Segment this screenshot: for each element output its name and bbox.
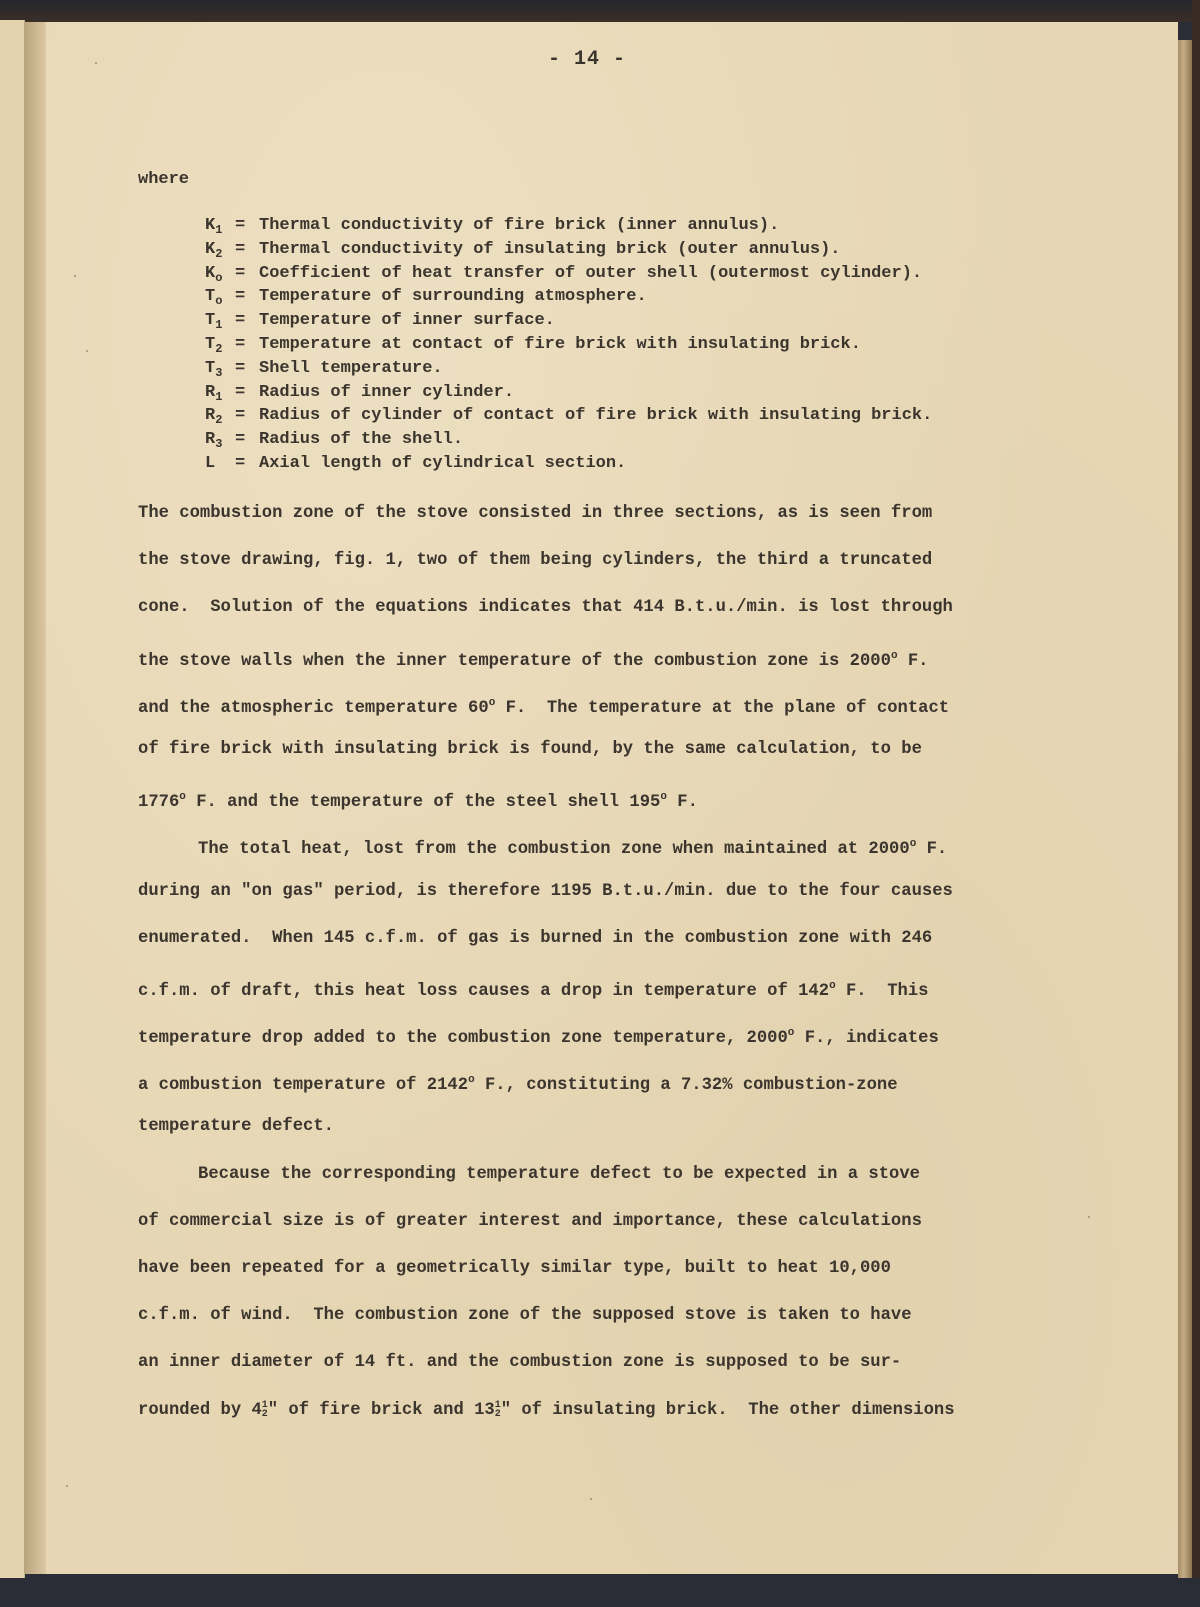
definition-row: L = Axial length of cylindrical section. [205, 452, 932, 476]
paper-speck [590, 1498, 592, 1500]
definition-row: K1 = Thermal conductivity of fire brick … [205, 214, 932, 238]
paper-speck [66, 1485, 68, 1487]
definition-row: R3 = Radius of the shell. [205, 428, 932, 452]
text-line: The total heat, lost from the combustion… [138, 828, 1098, 875]
text-line: a combustion temperature of 2142o F., co… [138, 1064, 1098, 1111]
text-line: Because the corresponding temperature de… [138, 1159, 1098, 1206]
paper-speck [1088, 1216, 1090, 1218]
definition-symbol: T3 [205, 357, 235, 381]
degree-superscript: o [910, 838, 917, 850]
text-line: of commercial size is of greater interes… [138, 1206, 1098, 1253]
definition-text: Radius of cylinder of contact of fire br… [259, 404, 932, 428]
paragraph: Because the corresponding temperature de… [138, 1159, 1098, 1442]
definition-symbol: R3 [205, 428, 235, 452]
equals-sign: = [235, 381, 259, 405]
text-line: temperature drop added to the combustion… [138, 1017, 1098, 1064]
page-stack-edge [1178, 40, 1192, 1590]
page-number: - 14 - [548, 48, 626, 71]
equals-sign: = [235, 404, 259, 428]
paper-speck [74, 275, 76, 277]
text-line: rounded by 412" of fire brick and 1312" … [138, 1395, 1098, 1442]
degree-superscript: o [788, 1027, 795, 1039]
definition-symbol: T2 [205, 333, 235, 357]
fraction: 12 [262, 1401, 268, 1419]
text-line: c.f.m. of draft, this heat loss causes a… [138, 970, 1098, 1017]
definition-text: Radius of inner cylinder. [259, 381, 514, 405]
text-line: during an "on gas" period, is therefore … [138, 876, 1098, 923]
definition-text: Temperature of surrounding atmosphere. [259, 285, 647, 309]
degree-superscript: o [468, 1074, 475, 1086]
book-binding-top [0, 0, 1200, 22]
text-line: enumerated. When 145 c.f.m. of gas is bu… [138, 923, 1098, 970]
definition-symbol: R2 [205, 404, 235, 428]
equals-sign: = [235, 262, 259, 286]
definition-symbol: K2 [205, 238, 235, 262]
book-binding-right [1192, 0, 1200, 1607]
definition-symbol: T1 [205, 309, 235, 333]
intro-word: where [138, 170, 189, 189]
definition-row: R1 = Radius of inner cylinder. [205, 381, 932, 405]
text-line: temperature defect. [138, 1111, 1098, 1158]
paper-speck [86, 350, 88, 352]
body-text: The combustion zone of the stove consist… [138, 498, 1098, 1442]
definition-row: R2 = Radius of cylinder of contact of fi… [205, 404, 932, 428]
paragraph: The combustion zone of the stove consist… [138, 498, 1098, 828]
equals-sign: = [235, 333, 259, 357]
degree-superscript: o [891, 650, 898, 662]
definition-text: Temperature at contact of fire brick wit… [259, 333, 861, 357]
definition-text: Temperature of inner surface. [259, 309, 555, 333]
equals-sign: = [235, 428, 259, 452]
degree-superscript: o [829, 980, 836, 992]
fraction: 12 [495, 1401, 501, 1419]
definition-row: Ko = Coefficient of heat transfer of out… [205, 262, 932, 286]
definition-text: Radius of the shell. [259, 428, 463, 452]
definition-text: Shell temperature. [259, 357, 443, 381]
definition-symbol: K1 [205, 214, 235, 238]
equals-sign: = [235, 309, 259, 333]
text-line: an inner diameter of 14 ft. and the comb… [138, 1347, 1098, 1394]
equals-sign: = [235, 238, 259, 262]
degree-superscript: o [489, 697, 496, 709]
equals-sign: = [235, 285, 259, 309]
definition-row: T3 = Shell temperature. [205, 357, 932, 381]
text-line: The combustion zone of the stove consist… [138, 498, 1098, 545]
text-line: c.f.m. of wind. The combustion zone of t… [138, 1300, 1098, 1347]
equals-sign: = [235, 214, 259, 238]
text-line: of fire brick with insulating brick is f… [138, 734, 1098, 781]
definition-symbol: L [205, 452, 235, 476]
paragraph: The total heat, lost from the combustion… [138, 828, 1098, 1158]
definitions-list: K1 = Thermal conductivity of fire brick … [205, 214, 932, 476]
text-line: the stove drawing, fig. 1, two of them b… [138, 545, 1098, 592]
text-line: the stove walls when the inner temperatu… [138, 640, 1098, 687]
definition-symbol: To [205, 285, 235, 309]
text-line: and the atmospheric temperature 60o F. T… [138, 687, 1098, 734]
definition-text: Thermal conductivity of insulating brick… [259, 238, 841, 262]
degree-superscript: o [179, 791, 186, 803]
paper-speck [95, 62, 97, 64]
previous-page-edge [0, 20, 25, 1578]
text-line: 1776o F. and the temperature of the stee… [138, 781, 1098, 828]
definition-row: To = Temperature of surrounding atmosphe… [205, 285, 932, 309]
definition-text: Thermal conductivity of fire brick (inne… [259, 214, 779, 238]
equals-sign: = [235, 452, 259, 476]
text-line: cone. Solution of the equations indicate… [138, 592, 1098, 639]
definition-symbol: R1 [205, 381, 235, 405]
page-gutter-shadow [24, 22, 46, 1574]
definition-row: T2 = Temperature at contact of fire bric… [205, 333, 932, 357]
definition-row: T1 = Temperature of inner surface. [205, 309, 932, 333]
definition-text: Coefficient of heat transfer of outer sh… [259, 262, 922, 286]
book-cloth-background [0, 1578, 1200, 1607]
definition-text: Axial length of cylindrical section. [259, 452, 626, 476]
definition-symbol: Ko [205, 262, 235, 286]
degree-superscript: o [660, 791, 667, 803]
text-line: have been repeated for a geometrically s… [138, 1253, 1098, 1300]
definition-row: K2 = Thermal conductivity of insulating … [205, 238, 932, 262]
equals-sign: = [235, 357, 259, 381]
